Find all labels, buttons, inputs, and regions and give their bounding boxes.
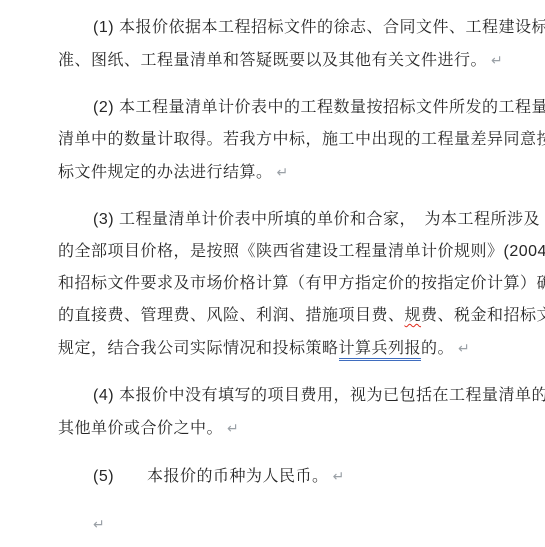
paragraph-3-line-5-pre: 规定，结合我公司实际情况和投标策略: [58, 340, 339, 357]
text-line: (5) 本报价的币种为人民币。↵: [58, 460, 495, 493]
text-line: 标文件规定的办法进行结算。↵: [58, 156, 495, 189]
text-line: (4) 本报价中没有填写的项目费用，视为已包括在工程量清单的: [58, 380, 495, 412]
paragraph-mark: ↵: [454, 340, 470, 356]
paragraph-3-line-2: 的全部项目价格，是按照《陕西省建设工程量清单计价规则》(2004): [58, 243, 545, 260]
paragraph-5-line-1: (5) 本报价的币种为人民币。: [93, 468, 329, 485]
paragraph-2-line-2: 清单中的数量计取得。若我方中标，施工中出现的工程量差异同意按招: [58, 131, 545, 148]
paragraph-mark: ↵: [93, 516, 105, 532]
text-line: 的全部项目价格，是按照《陕西省建设工程量清单计价规则》(2004): [58, 236, 495, 268]
paragraph-mark: ↵: [223, 420, 239, 436]
paragraph-1-line-1: (1) 本报价依据本工程招标文件的徐志、合同文件、工程建设标: [93, 19, 545, 36]
text-line: 的直接费、管理费、风险、利润、措施项目费、规费、税金和招标文件: [58, 300, 495, 332]
text-line: 其他单价或合价之中。↵: [58, 412, 495, 445]
paragraph-mark: ↵: [487, 52, 503, 68]
text-line: 清单中的数量计取得。若我方中标，施工中出现的工程量差异同意按招: [58, 124, 495, 156]
grammar-underline-text: 计算兵列报: [339, 340, 422, 361]
text-line: (3) 工程量清单计价表中所填的单价和合家， 为本工程所涉及: [58, 204, 495, 236]
paragraph-3-line-5-post: 的。: [421, 340, 454, 357]
paragraph-2-line-3: 标文件规定的办法进行结算。: [58, 164, 273, 181]
document-page[interactable]: (1) 本报价依据本工程招标文件的徐志、合同文件、工程建设标 准、图纸、工程量清…: [0, 0, 545, 547]
empty-paragraph: ↵: [58, 508, 495, 541]
paragraph-3-line-1: (3) 工程量清单计价表中所填的单价和合家， 为本工程所涉及: [93, 211, 540, 228]
paragraph-3-line-3: 和招标文件要求及市场价格计算（有甲方指定价的按指定价计算）确定: [58, 275, 545, 292]
text-line: 规定，结合我公司实际情况和投标策略计算兵列报的。↵: [58, 332, 495, 365]
paragraph-4-line-2: 其他单价或合价之中。: [58, 420, 223, 437]
paragraph-4-line-1: (4) 本报价中没有填写的项目费用，视为已包括在工程量清单的: [93, 387, 545, 404]
spellcheck-wavy-text: 规: [405, 307, 422, 324]
paragraph-1-line-2: 准、图纸、工程量清单和答疑既要以及其他有关文件进行。: [58, 52, 487, 69]
paragraph-2-line-1: (2) 本工程量清单计价表中的工程数量按招标文件所发的工程量: [93, 99, 545, 116]
text-line: 和招标文件要求及市场价格计算（有甲方指定价的按指定价计算）确定: [58, 268, 495, 300]
paragraph-3-line-4-pre: 的直接费、管理费、风险、利润、措施项目费、: [58, 307, 405, 324]
paragraph-mark: ↵: [329, 468, 345, 484]
paragraph-3-line-4-post: 费、税金和招标文件: [421, 307, 545, 324]
text-line: (1) 本报价依据本工程招标文件的徐志、合同文件、工程建设标: [58, 12, 495, 44]
text-line: (2) 本工程量清单计价表中的工程数量按招标文件所发的工程量: [58, 92, 495, 124]
text-line: 准、图纸、工程量清单和答疑既要以及其他有关文件进行。↵: [58, 44, 495, 77]
paragraph-mark: ↵: [273, 164, 289, 180]
